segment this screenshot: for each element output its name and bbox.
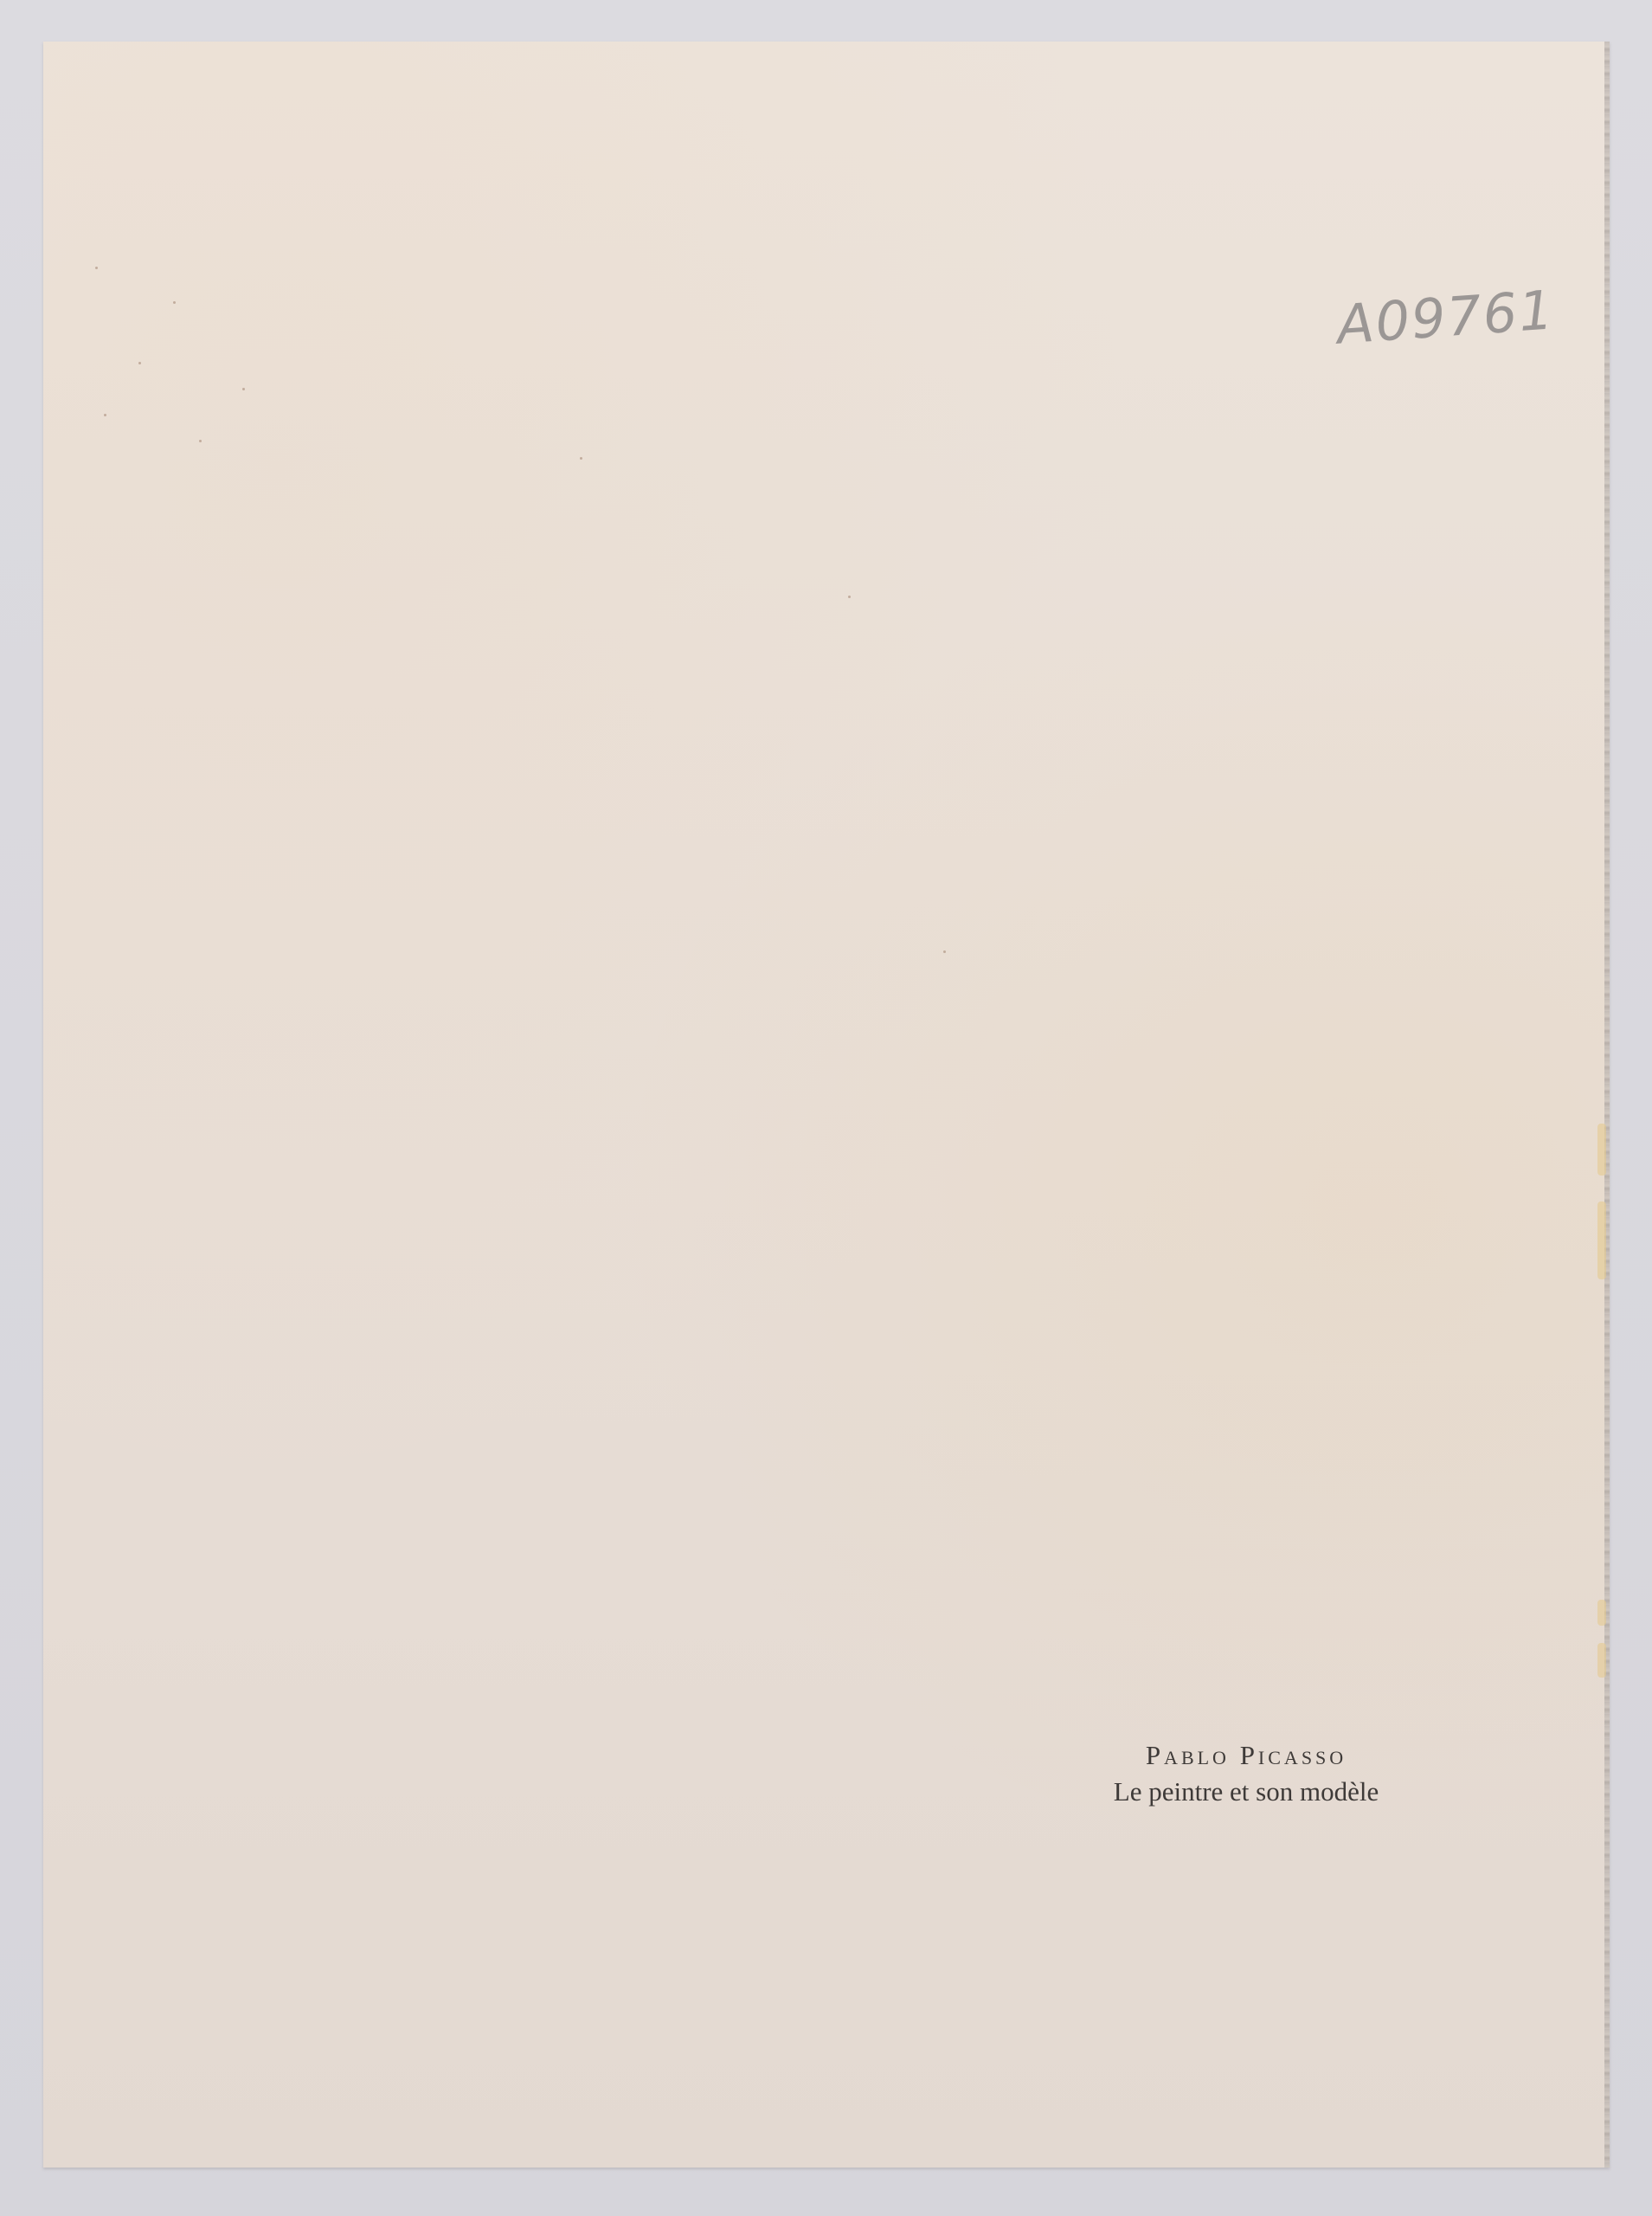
edge-stain: [1597, 1600, 1606, 1626]
foxing-speck: [173, 301, 176, 304]
artwork-title: Le peintre et son modèle: [1082, 1775, 1411, 1809]
foxing-speck: [580, 457, 582, 460]
foxing-speck: [848, 596, 851, 598]
foxing-speck: [95, 267, 98, 269]
caption-block: Pablo Picasso Le peintre et son modèle: [1082, 1738, 1411, 1809]
edge-stain: [1597, 1124, 1606, 1176]
foxing-speck: [138, 362, 141, 364]
deckled-edge: [1604, 42, 1610, 2168]
foxing-speck: [242, 388, 245, 390]
edge-stain: [1597, 1201, 1606, 1279]
foxing-speck: [104, 414, 106, 416]
artist-name: Pablo Picasso: [1082, 1738, 1411, 1773]
pencil-inventory-number: A09761: [1335, 278, 1557, 356]
foxing-speck: [943, 950, 946, 953]
foxing-speck: [199, 440, 202, 442]
edge-stain: [1597, 1643, 1606, 1678]
paper-sheet: A09761 Pablo Picasso Le peintre et son m…: [43, 42, 1610, 2168]
